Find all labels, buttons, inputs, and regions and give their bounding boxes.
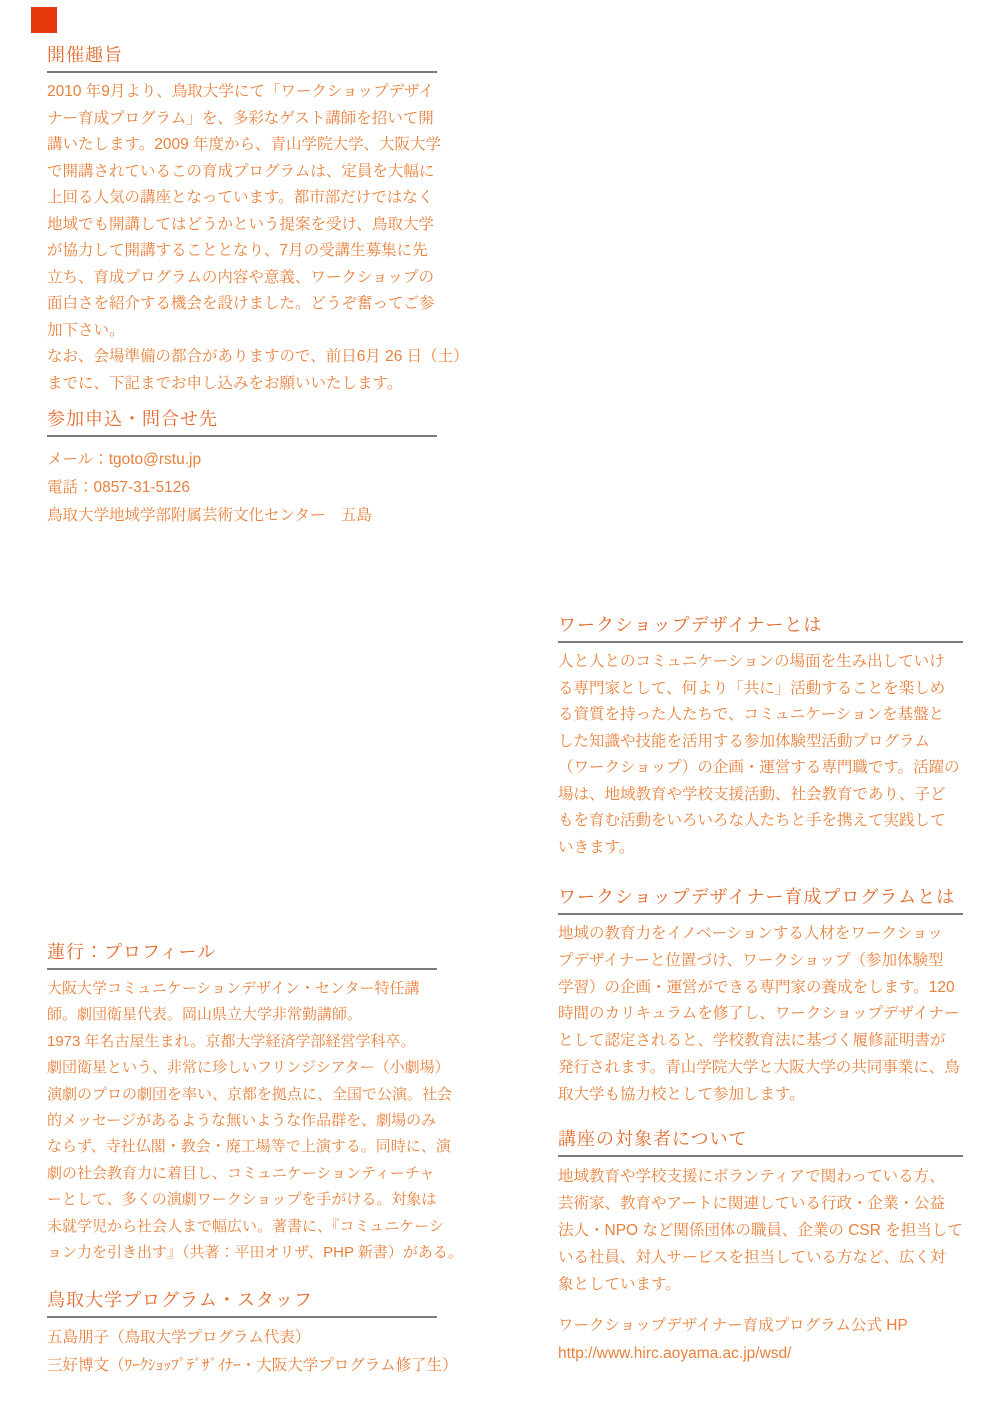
section-contact-body: メール：tgoto@rstu.jp電話：0857-31-5126鳥取大学地域学部… — [47, 446, 437, 530]
text-line: 鳥取大学地域学部附属芸術文化センター 五島 — [47, 502, 437, 530]
text-line: 取大学も協力校として参加します。 — [558, 1082, 963, 1109]
text-line: 講いたします。2009 年度から、青山学院大学、大阪大学 — [47, 132, 437, 159]
text-line: （ワークショップ）の企画・運営する専門職です。活躍の — [558, 755, 963, 782]
text-line: http://www.hirc.aoyama.ac.jp/wsd/ — [558, 1340, 963, 1368]
text-line: なお、会場準備の都合がありますので、前日6月 26 日（土） — [47, 344, 437, 371]
section-staff-heading: 鳥取大学プログラム・スタッフ — [47, 1289, 437, 1318]
text-line: ーとして、多くの演劇ワークショップを手がける。対象は — [47, 1187, 437, 1213]
section-overview-body: 2010 年9月より、鳥取大学にて「ワークショップデザイナー育成プログラム」を、… — [47, 79, 437, 397]
text-line: メール：tgoto@rstu.jp — [47, 446, 437, 474]
text-line: 未就学児から社会人まで幅広い。著書に、『コミュニケーシ — [47, 1214, 437, 1240]
section-profile-heading: 蓮行：プロフィール — [47, 941, 437, 970]
section-staff: 鳥取大学プログラム・スタッフ 五島朋子（鳥取大学プログラム代表）三好博文（ﾜｰｸ… — [47, 1289, 437, 1379]
section-staff-body: 五島朋子（鳥取大学プログラム代表）三好博文（ﾜｰｸｼｮｯﾌﾟﾃﾞｻﾞｲﾅｰ・大阪… — [47, 1324, 437, 1379]
text-line: 大阪大学コミュニケーションデザイン・センター特任講 — [47, 976, 437, 1002]
text-line: 電話：0857-31-5126 — [47, 474, 437, 502]
text-line: 法人・NPO など関係団体の職員、企業の CSR を担当して — [558, 1217, 963, 1244]
text-line: 場は、地域教育や学校支援活動、社会教育であり、子ど — [558, 782, 963, 809]
section-training-program-heading: ワークショップデザイナー育成プログラムとは — [558, 886, 963, 915]
text-line: 象としています。 — [558, 1271, 963, 1298]
text-line: 地域の教育力をイノベーションする人材をワークショッ — [558, 921, 963, 948]
text-line: 的メッセージがあるような無いような作品群を、劇場のみ — [47, 1108, 437, 1134]
section-target-audience-heading: 講座の対象者について — [558, 1128, 963, 1157]
text-line: 上回る人気の講座となっています。都市部だけではなく — [47, 185, 437, 212]
text-line: 2010 年9月より、鳥取大学にて「ワークショップデザイ — [47, 79, 437, 106]
text-line: る専門家として、何より「共に」活動することを楽しめ — [558, 676, 963, 703]
text-line: ならず、寺社仏閣・教会・廃工場等で上演する。同時に、演 — [47, 1134, 437, 1160]
text-line: 加下さい。 — [47, 318, 437, 345]
text-line: 地域でも開講してはどうかという提案を受け、鳥取大学 — [47, 212, 437, 239]
section-workshop-designer: ワークショップデザイナーとは 人と人とのコミュニケーションの場面を生み出していけ… — [558, 614, 963, 861]
text-line: 劇団衛星という、非常に珍しいフリンジシアター（小劇場） — [47, 1055, 437, 1081]
text-line: 発行されます。青山学院大学と大阪大学の共同事業に、鳥 — [558, 1055, 963, 1082]
text-line: 学習）の企画・運営ができる専門家の養成をします。120 — [558, 975, 963, 1002]
text-line: 芸術家、教育やアートに関連している行政・企業・公益 — [558, 1190, 963, 1217]
section-workshop-designer-body: 人と人とのコミュニケーションの場面を生み出していける専門家として、何より「共に」… — [558, 649, 963, 861]
text-line: 面白さを紹介する機会を設けました。どうぞ奮ってご参 — [47, 291, 437, 318]
section-contact-heading: 参加申込・問合せ先 — [47, 408, 437, 437]
text-line: 五島朋子（鳥取大学プログラム代表） — [47, 1324, 437, 1352]
text-line: 師。劇団衛星代表。岡山県立大学非常勤講師。 — [47, 1002, 437, 1028]
text-line: ナー育成プログラム」を、多彩なゲスト講師を招いて開 — [47, 106, 437, 133]
section-profile: 蓮行：プロフィール 大阪大学コミュニケーションデザイン・センター特任講師。劇団衛… — [47, 941, 437, 1266]
section-official-site-body: ワークショップデザイナー育成プログラム公式 HPhttp://www.hirc.… — [558, 1312, 963, 1368]
section-training-program-body: 地域の教育力をイノベーションする人材をワークショップデザイナーと位置づけ、ワーク… — [558, 921, 963, 1109]
text-line: ョン力を引き出す』（共著：平田オリザ、PHP 新書）がある。 — [47, 1240, 437, 1266]
red-square-logo — [31, 7, 57, 33]
text-line: 演劇のプロの劇団を率い、京都を拠点に、全国で公演。社会 — [47, 1082, 437, 1108]
section-profile-body: 大阪大学コミュニケーションデザイン・センター特任講師。劇団衛星代表。岡山県立大学… — [47, 976, 437, 1266]
text-line: ワークショップデザイナー育成プログラム公式 HP — [558, 1312, 963, 1340]
section-overview-heading: 開催趣旨 — [47, 44, 437, 73]
text-line: いる社員、対人サービスを担当している方など、広く対 — [558, 1244, 963, 1271]
text-line: もを育む活動をいろいろな人たちと手を携えて実践して — [558, 808, 963, 835]
section-target-audience-body: 地域教育や学校支援にボランティアで関わっている方、芸術家、教育やアートに関連して… — [558, 1163, 963, 1298]
text-line: 立ち、育成プログラムの内容や意義、ワークショップの — [47, 265, 437, 292]
text-line: した知識や技能を活用する参加体験型活動プログラム — [558, 729, 963, 756]
text-line: いきます。 — [558, 835, 963, 862]
text-line: までに、下記までお申し込みをお願いいたします。 — [47, 371, 437, 398]
section-contact: 参加申込・問合せ先 メール：tgoto@rstu.jp電話：0857-31-51… — [47, 408, 437, 530]
section-training-program: ワークショップデザイナー育成プログラムとは 地域の教育力をイノベーションする人材… — [558, 886, 963, 1109]
text-line: 地域教育や学校支援にボランティアで関わっている方、 — [558, 1163, 963, 1190]
section-overview: 開催趣旨 2010 年9月より、鳥取大学にて「ワークショップデザイナー育成プログ… — [47, 44, 437, 397]
text-line: で開講されているこの育成プログラムは、定員を大幅に — [47, 159, 437, 186]
text-line: プデザイナーと位置づけ、ワークショップ（参加体験型 — [558, 948, 963, 975]
section-target-audience: 講座の対象者について 地域教育や学校支援にボランティアで関わっている方、芸術家、… — [558, 1128, 963, 1298]
text-line: が協力して開講することとなり、7月の受講生募集に先 — [47, 238, 437, 265]
text-line: として認定されると、学校教育法に基づく履修証明書が — [558, 1028, 963, 1055]
document-page: 開催趣旨 2010 年9月より、鳥取大学にて「ワークショップデザイナー育成プログ… — [0, 0, 1000, 1415]
text-line: 劇の社会教育力に着目し、コミュニケーションティーチャ — [47, 1161, 437, 1187]
text-line: る資質を持った人たちで、コミュニケーションを基盤と — [558, 702, 963, 729]
text-line: 1973 年名古屋生まれ。京都大学経済学部経営学科卒。 — [47, 1029, 437, 1055]
text-line: 時間のカリキュラムを修了し、ワークショップデザイナー — [558, 1001, 963, 1028]
text-line: 人と人とのコミュニケーションの場面を生み出していけ — [558, 649, 963, 676]
section-official-site: ワークショップデザイナー育成プログラム公式 HPhttp://www.hirc.… — [558, 1312, 963, 1368]
section-workshop-designer-heading: ワークショップデザイナーとは — [558, 614, 963, 643]
text-line: 三好博文（ﾜｰｸｼｮｯﾌﾟﾃﾞｻﾞｲﾅｰ・大阪大学プログラム修了生） — [47, 1352, 437, 1380]
